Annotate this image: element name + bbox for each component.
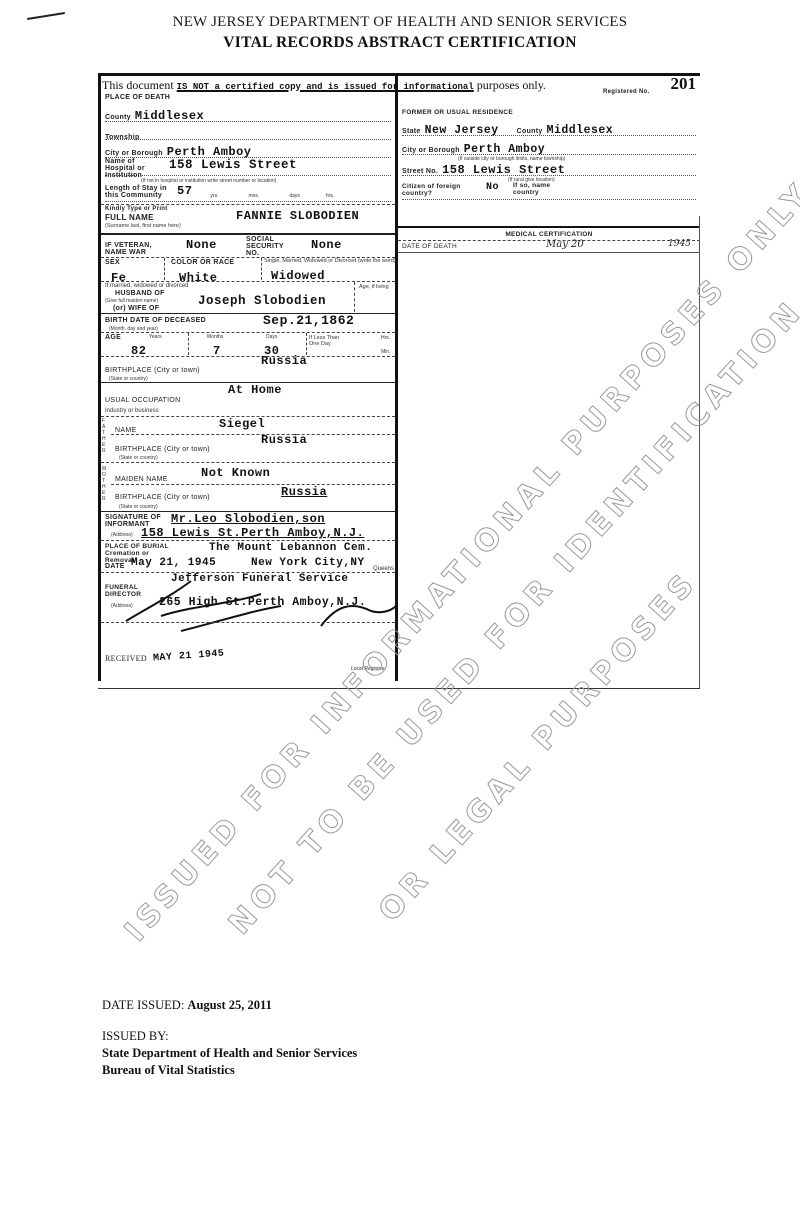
citizenship-field: Citizen of foreign country? No If so, na… xyxy=(402,182,696,200)
length-of-stay-field: Length of Stay in this Community 57 yrs.… xyxy=(105,184,391,202)
document-title: VITAL RECORDS ABSTRACT CERTIFICATION xyxy=(0,34,800,52)
residence-state-value: New Jersey xyxy=(425,124,499,137)
ssn-value: None xyxy=(311,238,342,252)
citizenship-value: No xyxy=(486,182,499,193)
death-county-value: Middlesex xyxy=(135,109,204,123)
death-city-value: Perth Amboy xyxy=(167,145,252,159)
mother-maiden-name-value: Not Known xyxy=(201,466,270,480)
occupation-value: At Home xyxy=(228,383,282,397)
issuer-bureau: Bureau of Vital Statistics xyxy=(102,1063,235,1077)
date-issued-label: DATE ISSUED: xyxy=(102,998,184,1012)
father-birthplace-value: Russia xyxy=(261,433,307,447)
stay-years-value: 57 xyxy=(177,184,192,198)
certificate-left-column: PLACE OF DEATH County Middlesex Township… xyxy=(98,76,398,681)
spouse-name-value: Joseph Slobodien xyxy=(198,294,326,308)
township-field: Township xyxy=(105,126,391,140)
death-year-value: 1945 xyxy=(668,239,691,249)
residence-street-field: Street No. 158 Lewis Street xyxy=(402,160,696,176)
received-stamp-date: MAY 21 1945 xyxy=(153,649,225,665)
date-issued-value: August 25, 2011 xyxy=(187,998,271,1012)
issued-by-label: ISSUED BY: xyxy=(102,1029,357,1044)
residence-state-field: State New Jersey County Middlesex xyxy=(402,120,696,136)
institution-field: Name of Hospital or Institution 158 Lewi… xyxy=(105,158,391,176)
document-header: NEW JERSEY DEPARTMENT OF HEALTH AND SENI… xyxy=(0,14,800,52)
veteran-value: None xyxy=(186,238,217,252)
father-name-value: Siegel xyxy=(219,417,265,431)
issuer-department: State Department of Health and Senior Se… xyxy=(102,1046,357,1060)
birthplace-value: Russia xyxy=(261,354,307,368)
burial-place-value: The Mount Lebannon Cem. xyxy=(209,542,372,554)
residence-county-value: Middlesex xyxy=(547,124,614,137)
residence-street-value: 158 Lewis Street xyxy=(442,163,565,177)
institution-value: 158 Lewis Street xyxy=(169,158,297,172)
agency-name: NEW JERSEY DEPARTMENT OF HEALTH AND SENI… xyxy=(0,14,800,31)
burial-date-value: May 21, 1945 xyxy=(131,557,216,569)
issuance-footer: DATE ISSUED: August 25, 2011 ISSUED BY: … xyxy=(102,998,357,1080)
decedent-full-name: FANNIE SLOBODIEN xyxy=(236,209,359,223)
birth-date-value: Sep.21,1862 xyxy=(263,313,354,328)
residence-city-value: Perth Amboy xyxy=(464,143,545,156)
medical-certification-heading: MEDICAL CERTIFICATION xyxy=(398,231,700,238)
death-county-field: County Middlesex xyxy=(105,106,391,122)
full-name-label: FULL NAME xyxy=(105,213,154,222)
mother-birthplace-value: Russia xyxy=(281,485,327,499)
informant-address-value: 158 Lewis St.Perth Amboy,N.J. xyxy=(141,526,364,540)
mother-side-label: MOTHER xyxy=(102,466,108,502)
residence-city-field: City or Borough Perth Amboy xyxy=(402,139,696,155)
father-side-label: FATHER xyxy=(102,418,108,454)
date-of-death-value: May 20 xyxy=(546,239,584,250)
signature-scribble-icon xyxy=(121,576,401,636)
residence-heading: FORMER OR USUAL RESIDENCE xyxy=(402,109,513,116)
place-of-death-heading: PLACE OF DEATH xyxy=(105,94,170,101)
burial-location-value: New York City,NY xyxy=(251,557,365,569)
informant-name-value: Mr.Leo Slobodien,son xyxy=(171,512,325,526)
death-city-field: City or Borough Perth Amboy xyxy=(105,142,391,158)
